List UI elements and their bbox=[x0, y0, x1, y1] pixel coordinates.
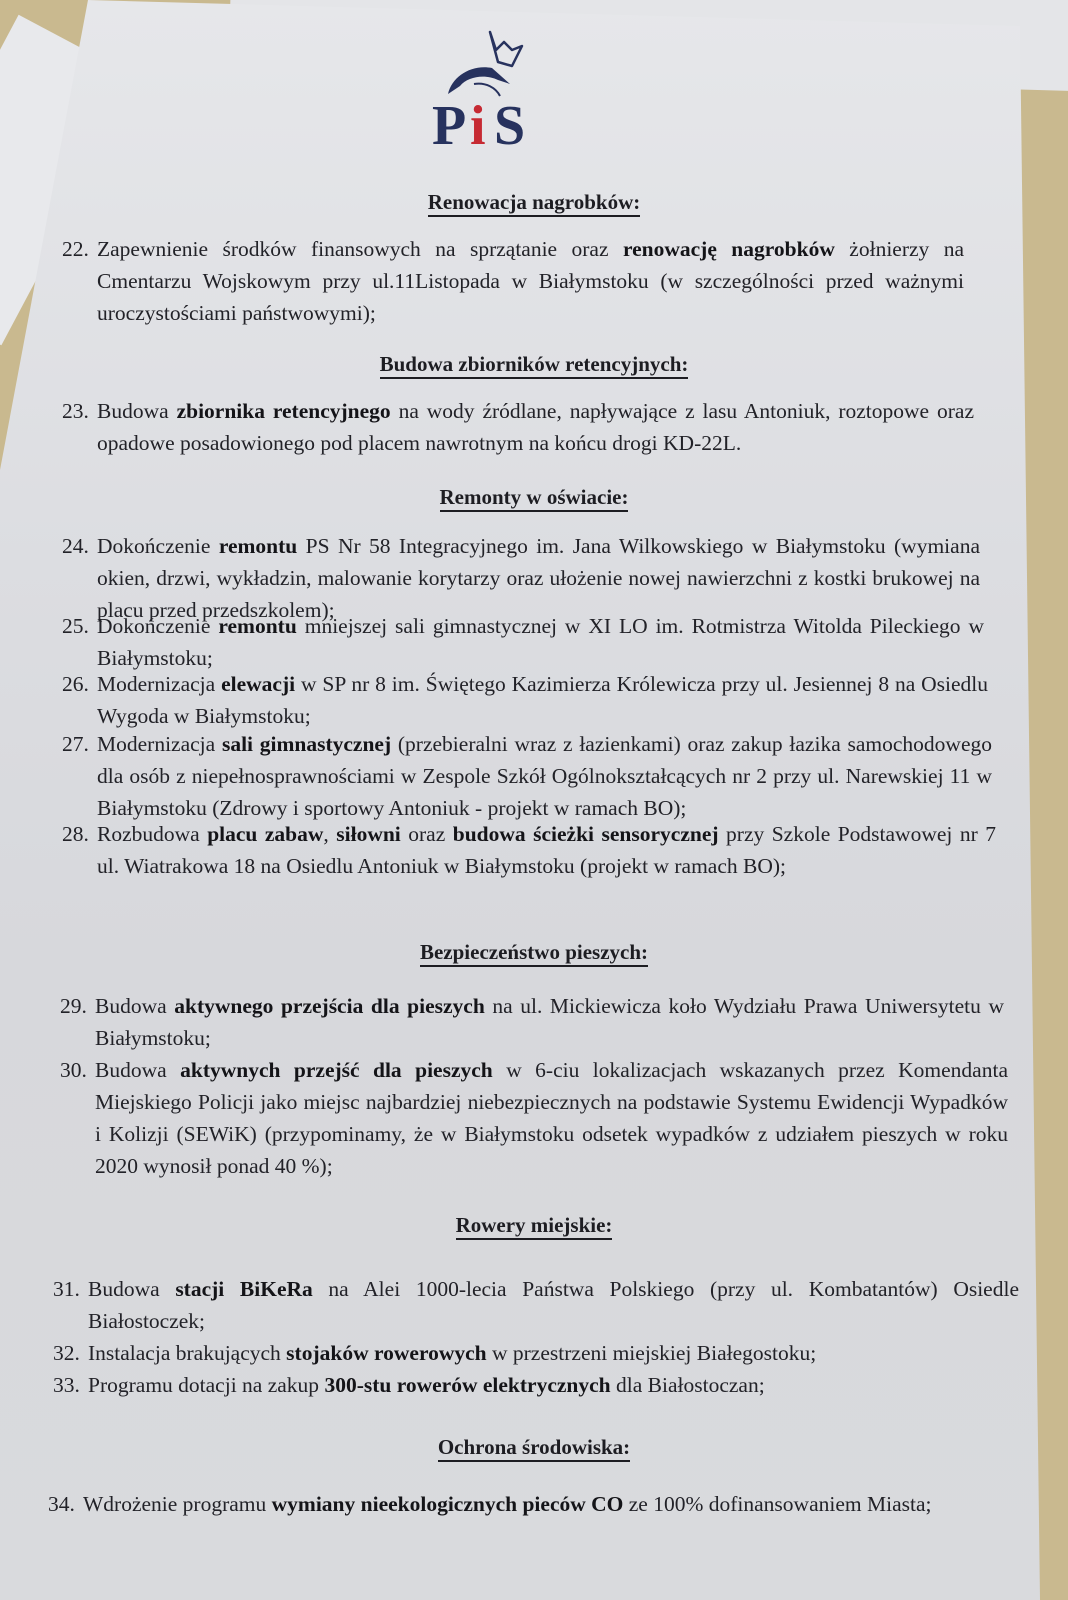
bold-phrase: stacji BiKeRa bbox=[175, 1277, 312, 1301]
text-run: Wdrożenie programu bbox=[83, 1492, 272, 1516]
text-run: w przestrzeni miejskiej Białegostoku; bbox=[487, 1341, 817, 1365]
crown-icon bbox=[490, 32, 522, 66]
text-run: Modernizacja bbox=[97, 672, 221, 696]
text-run: Budowa bbox=[95, 1058, 180, 1082]
bold-phrase: wymiany nieekologicznych pieców CO bbox=[272, 1492, 624, 1516]
text-run: Dokończenie bbox=[97, 534, 219, 558]
text-run: Modernizacja bbox=[97, 732, 222, 756]
text-run: Dokończenie bbox=[97, 614, 218, 638]
section-heading: Bezpieczeństwo pieszych: bbox=[0, 940, 1068, 965]
item-number: 33. bbox=[53, 1369, 80, 1401]
list-item: 34.Wdrożenie programu wymiany nieekologi… bbox=[48, 1488, 1032, 1520]
svg-text:S: S bbox=[494, 95, 525, 154]
item-text: Budowa stacji BiKeRa na Alei 1000-lecia … bbox=[88, 1273, 1019, 1337]
text-run: Rozbudowa bbox=[97, 822, 207, 846]
bold-phrase: aktywnego przejścia dla pieszych bbox=[174, 994, 485, 1018]
text-run: Budowa bbox=[88, 1277, 175, 1301]
item-text: Budowa zbiornika retencyjnego na wody źr… bbox=[97, 395, 974, 459]
text-run: Budowa bbox=[95, 994, 174, 1018]
section-heading-text: Budowa zbiorników retencyjnych: bbox=[380, 352, 689, 379]
list-item: 33.Programu dotacji na zakup 300-stu row… bbox=[53, 1369, 1019, 1401]
bold-phrase: remontu bbox=[218, 614, 296, 638]
document-page: P i S Renowacja nagrobków:22.Zapewnienie… bbox=[0, 0, 1068, 1600]
section-heading: Remonty w oświacie: bbox=[0, 485, 1068, 510]
section-heading-text: Remonty w oświacie: bbox=[440, 485, 629, 512]
item-number: 22. bbox=[62, 233, 89, 265]
text-run: dla Białostoczan; bbox=[611, 1373, 765, 1397]
list-item: 30.Budowa aktywnych przejść dla pieszych… bbox=[60, 1054, 1008, 1182]
item-text: Budowa aktywnych przejść dla pieszych w … bbox=[95, 1054, 1008, 1182]
item-number: 26. bbox=[62, 668, 89, 700]
section-heading-text: Rowery miejskie: bbox=[456, 1213, 613, 1240]
text-run: Zapewnienie środków finansowych na sprzą… bbox=[97, 237, 623, 261]
bold-phrase: siłowni bbox=[336, 822, 401, 846]
list-item: 26.Modernizacja elewacji w SP nr 8 im. Ś… bbox=[62, 668, 988, 732]
list-item: 32.Instalacja brakujących stojaków rower… bbox=[53, 1337, 1019, 1369]
text-run: Budowa bbox=[97, 399, 177, 423]
pis-logo: P i S bbox=[428, 24, 548, 154]
list-item: 22.Zapewnienie środków finansowych na sp… bbox=[62, 233, 964, 329]
item-number: 24. bbox=[62, 530, 89, 562]
section-heading-text: Renowacja nagrobków: bbox=[428, 190, 641, 217]
text-run: Instalacja brakujących bbox=[88, 1341, 286, 1365]
list-item: 29.Budowa aktywnego przejścia dla pieszy… bbox=[60, 990, 1004, 1054]
section-heading: Renowacja nagrobków: bbox=[0, 190, 1068, 215]
item-number: 31. bbox=[53, 1273, 80, 1305]
list-item: 31.Budowa stacji BiKeRa na Alei 1000-lec… bbox=[53, 1273, 1019, 1337]
item-text: Modernizacja sali gimnastycznej (przebie… bbox=[97, 728, 992, 824]
section-heading: Budowa zbiorników retencyjnych: bbox=[0, 352, 1068, 377]
item-text: Dokończenie remontu mniejszej sali gimna… bbox=[97, 610, 984, 674]
item-text: Rozbudowa placu zabaw, siłowni oraz budo… bbox=[97, 818, 996, 882]
item-text: Programu dotacji na zakup 300-stu roweró… bbox=[88, 1369, 1019, 1401]
eagle-head-icon bbox=[448, 67, 510, 94]
section-heading: Ochrona środowiska: bbox=[0, 1435, 1068, 1460]
list-item: 25.Dokończenie remontu mniejszej sali gi… bbox=[62, 610, 984, 674]
svg-text:P: P bbox=[432, 95, 466, 154]
item-number: 23. bbox=[62, 395, 89, 427]
bold-phrase: renowację nagrobków bbox=[623, 237, 835, 261]
section-heading: Rowery miejskie: bbox=[0, 1213, 1068, 1238]
bold-phrase: budowa ścieżki sensorycznej bbox=[453, 822, 719, 846]
bold-phrase: 300-stu rowerów elektrycznych bbox=[324, 1373, 610, 1397]
bold-phrase: remontu bbox=[219, 534, 297, 558]
text-run: Programu dotacji na zakup bbox=[88, 1373, 324, 1397]
bold-phrase: sali gimnastycznej bbox=[222, 732, 391, 756]
bold-phrase: placu zabaw bbox=[207, 822, 323, 846]
item-text: Zapewnienie środków finansowych na sprzą… bbox=[97, 233, 964, 329]
bold-phrase: zbiornika retencyjnego bbox=[177, 399, 391, 423]
text-run: oraz bbox=[401, 822, 453, 846]
item-number: 28. bbox=[62, 818, 89, 850]
item-text: Budowa aktywnego przejścia dla pieszych … bbox=[95, 990, 1004, 1054]
text-run: , bbox=[323, 822, 336, 846]
item-number: 25. bbox=[62, 610, 89, 642]
list-item: 28.Rozbudowa placu zabaw, siłowni oraz b… bbox=[62, 818, 996, 882]
item-number: 29. bbox=[60, 990, 87, 1022]
bold-phrase: elewacji bbox=[221, 672, 295, 696]
list-item: 23.Budowa zbiornika retencyjnego na wody… bbox=[62, 395, 974, 459]
list-item: 27.Modernizacja sali gimnastycznej (prze… bbox=[62, 728, 992, 824]
svg-text:i: i bbox=[470, 95, 486, 154]
section-heading-text: Ochrona środowiska: bbox=[438, 1435, 630, 1462]
item-number: 32. bbox=[53, 1337, 80, 1369]
item-text: Wdrożenie programu wymiany nieekologiczn… bbox=[83, 1488, 1032, 1520]
item-number: 34. bbox=[48, 1488, 75, 1520]
bold-phrase: stojaków rowerowych bbox=[286, 1341, 486, 1365]
item-text: Modernizacja elewacji w SP nr 8 im. Świę… bbox=[97, 668, 988, 732]
text-run: ze 100% dofinansowaniem Miasta; bbox=[623, 1492, 931, 1516]
bold-phrase: aktywnych przejść dla pieszych bbox=[180, 1058, 493, 1082]
item-text: Instalacja brakujących stojaków rowerowy… bbox=[88, 1337, 1019, 1369]
section-heading-text: Bezpieczeństwo pieszych: bbox=[420, 940, 648, 967]
item-number: 30. bbox=[60, 1054, 87, 1086]
item-number: 27. bbox=[62, 728, 89, 760]
